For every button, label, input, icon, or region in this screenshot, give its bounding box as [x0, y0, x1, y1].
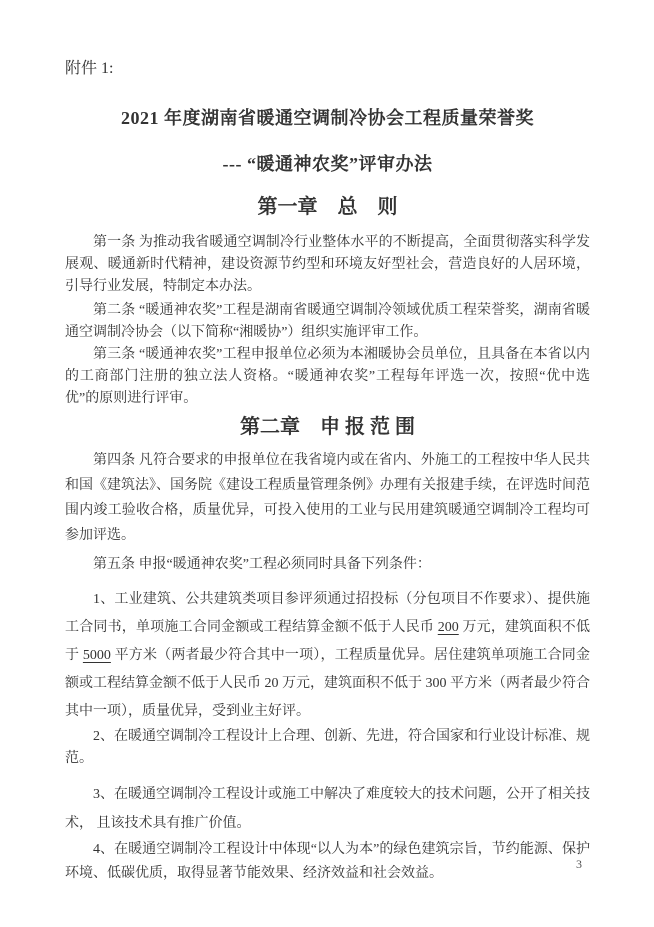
article-2-paragraph: 第二条 “暖通神农奖”工程是湖南省暖通空调制冷领域优质工程荣誉奖，湖南省暖通空调… — [65, 300, 590, 344]
document-content: 附件 1: 2021 年度湖南省暖通空调制冷协会工程质量荣誉奖 --- “暖通神… — [0, 0, 654, 886]
chapter-1-heading: 第一章 总 则 — [65, 194, 590, 220]
document-page: 附件 1: 2021 年度湖南省暖通空调制冷协会工程质量荣誉奖 --- “暖通神… — [0, 0, 654, 927]
doc-title: 2021 年度湖南省暖通空调制冷协会工程质量荣誉奖 — [65, 106, 590, 130]
condition-1-text-c: 平方米（两者最少符合其中一项），工程质量优异。居住建筑单项施工合同金额或工程结算… — [65, 648, 590, 719]
underlined-amount-200: 200 — [438, 620, 459, 635]
article-1-paragraph: 第一条 为推动我省暖通空调制冷行业整体水平的不断提高，全面贯彻落实科学发展观、暖… — [65, 232, 590, 298]
page-number: 3 — [576, 857, 582, 871]
article-5-paragraph: 第五条 申报“暖通神农奖”工程必须同时具备下列条件： — [65, 554, 590, 576]
doc-subtitle: --- “暖通神农奖”评审办法 — [65, 152, 590, 176]
underlined-area-5000: 5000 — [83, 648, 111, 663]
attachment-label: 附件 1: — [65, 58, 590, 80]
chapter-2-heading: 第二章 申 报 范 围 — [65, 414, 590, 440]
article-4-paragraph: 第四条 凡符合要求的申报单位在我省境内或在省内、外施工的工程按中华人民共和国《建… — [65, 448, 590, 548]
condition-1-paragraph: 1、工业建筑、公共建筑类项目参评须通过招投标（分包项目不作要求）、提供施工合同书… — [65, 586, 590, 726]
article-3-paragraph: 第三条 “暖通神农奖”工程申报单位必须为本湘暖协会员单位，且具备在本省以内的工商… — [65, 344, 590, 410]
condition-4-paragraph: 4、在暖通空调制冷工程设计中体现“以人为本”的绿色建筑宗旨，节约能源、保护环境、… — [65, 838, 590, 886]
condition-2-paragraph: 2、在暖通空调制冷工程设计上合理、创新、先进，符合国家和行业设计标准、规范。 — [65, 726, 590, 770]
condition-3-paragraph: 3、在暖通空调制冷工程设计或施工中解决了难度较大的技术问题，公开了相关技术， 且… — [65, 780, 590, 838]
